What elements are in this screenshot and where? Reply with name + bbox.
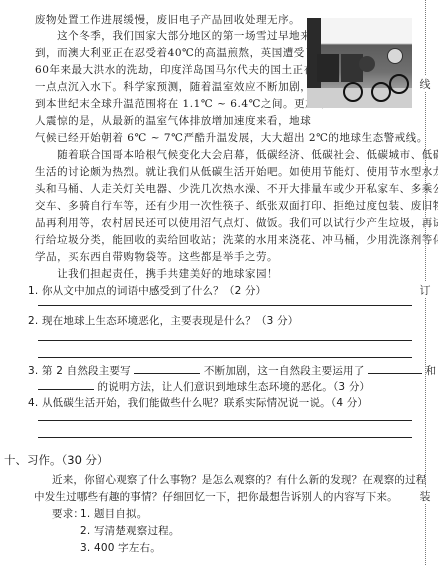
- passage-line: 让我们担起责任，携手共建美好的地球家园！: [35, 266, 278, 281]
- binding-label-zhuang: 装: [418, 488, 432, 504]
- passage-line: 交车、多骑自行车等，还有少用一次性筷子、纸张双面打印、拒绝过度包装、废旧物: [35, 198, 438, 213]
- exam-page: 废物处置工作进展缓慢，废旧电子产品回收处理无序。 这个冬季，我们国家大部分地区的…: [0, 0, 438, 565]
- requirement-item: 1. 题目自拟。: [80, 506, 147, 521]
- passage-line: 生活的讨论颇为热烈。就让我们从低碳生活开始吧。如使用节能灯、使用节水型水龙: [35, 164, 438, 179]
- requirement-item: 2. 写清楚观察过程。: [80, 523, 180, 538]
- recycle-bin-shape: [317, 54, 339, 82]
- answer-line-q1[interactable]: [38, 305, 412, 306]
- passage-line: 废物处置工作进展缓慢，废旧电子产品回收处理无序。: [35, 12, 300, 27]
- answer-line-q2a[interactable]: [38, 340, 412, 341]
- binding-label-xian: 线: [418, 76, 432, 92]
- child-helmet-shape: [387, 48, 403, 64]
- passage-line: 60年来最大洪水的洗劫，印度洋岛国马尔代夫的国土正在: [35, 62, 315, 77]
- passage-line: 人震惊的是，从最新的温室气体排放增加速度来看，地球: [35, 113, 311, 128]
- child-head-shape: [359, 56, 375, 72]
- passage-line: 品再利用等，农村居民还可以使用沼气点灯、做饭。我们可以试行少产生垃圾，再试: [35, 215, 438, 230]
- bike-wheel-shape: [371, 82, 391, 102]
- passage-line: 学品，买东西自带购物袋等。这些都是举手之劳。: [35, 249, 278, 264]
- requirement-item: 3. 400 字左右。: [80, 540, 161, 555]
- passage-line: 随着联合国哥本哈根气候变化大会启幕，低碳经济、低碳社会、低碳城市、低碳: [35, 147, 438, 162]
- passage-line: 头和马桶、人走关灯关电器、少洗几次热水澡、不开大排量车或少开私家车、多乘公: [35, 181, 438, 196]
- section-title-composition: 十、习作。（30 分）: [4, 452, 109, 468]
- passage-line: 这个冬季，我们国家大部分地区的第一场雪过早地来: [35, 28, 311, 43]
- fill-blank-1[interactable]: [134, 363, 200, 374]
- answer-line-q4b[interactable]: [38, 437, 412, 438]
- illustration-kids-cycling: [307, 18, 412, 108]
- question-4: 4. 从低碳生活开始，我们能做些什么呢？联系实际情况说一说。（4 分）: [28, 395, 368, 410]
- question-2: 2. 现在地球上生态环境恶化，主要表现是什么？（3 分）: [28, 313, 299, 328]
- passage-line: 到本世纪末全球升温范围将在 1.1℃ ~ 6.4℃之间。更加令: [35, 96, 327, 111]
- passage-line: 到，而澳大利亚正在忍受着40℃的高温煎熬，英国遭受了: [35, 45, 316, 60]
- passage-line: 气候已经开始朝着 6℃ ~ 7℃严酷升温发展，大大超出 2℃的地球生态警戒线。: [35, 130, 428, 145]
- answer-line-q2b[interactable]: [38, 357, 412, 358]
- question-1: 1. 你从文中加点的词语中感受到了什么？（2 分）: [28, 283, 266, 298]
- fill-blank-3[interactable]: [38, 379, 94, 390]
- answer-line-q4a[interactable]: [38, 420, 412, 421]
- passage-line: 一点点沉入水下。科学家预测，随着温室效应不断加剧，: [35, 79, 311, 94]
- binding-label-ding: 订: [418, 282, 432, 298]
- question-3: 3. 第 2 自然段主要写 不断加剧，这一自然段主要运用了 和: [28, 363, 436, 378]
- bike-wheel-shape: [343, 82, 363, 102]
- bike-wheel-shape: [389, 74, 409, 94]
- question-3-cont: 的说明方法，让人们意识到地球生态环境的恶化。（3 分）: [38, 379, 370, 394]
- composition-prompt-line: 中发生过哪些有趣的事情？仔细回忆一下，把你最想告诉别人的内容写下来。: [34, 489, 398, 504]
- passage-line: 行给垃圾分类，能回收的卖给回收站；洗菜的水用来浇花、冲马桶，少用洗涤剂等化: [35, 232, 438, 247]
- fill-blank-2[interactable]: [368, 363, 422, 374]
- composition-prompt-line: 近来，你留心观察了什么事物？是怎么观察的？有什么新的发现？在观察的过程: [52, 472, 427, 487]
